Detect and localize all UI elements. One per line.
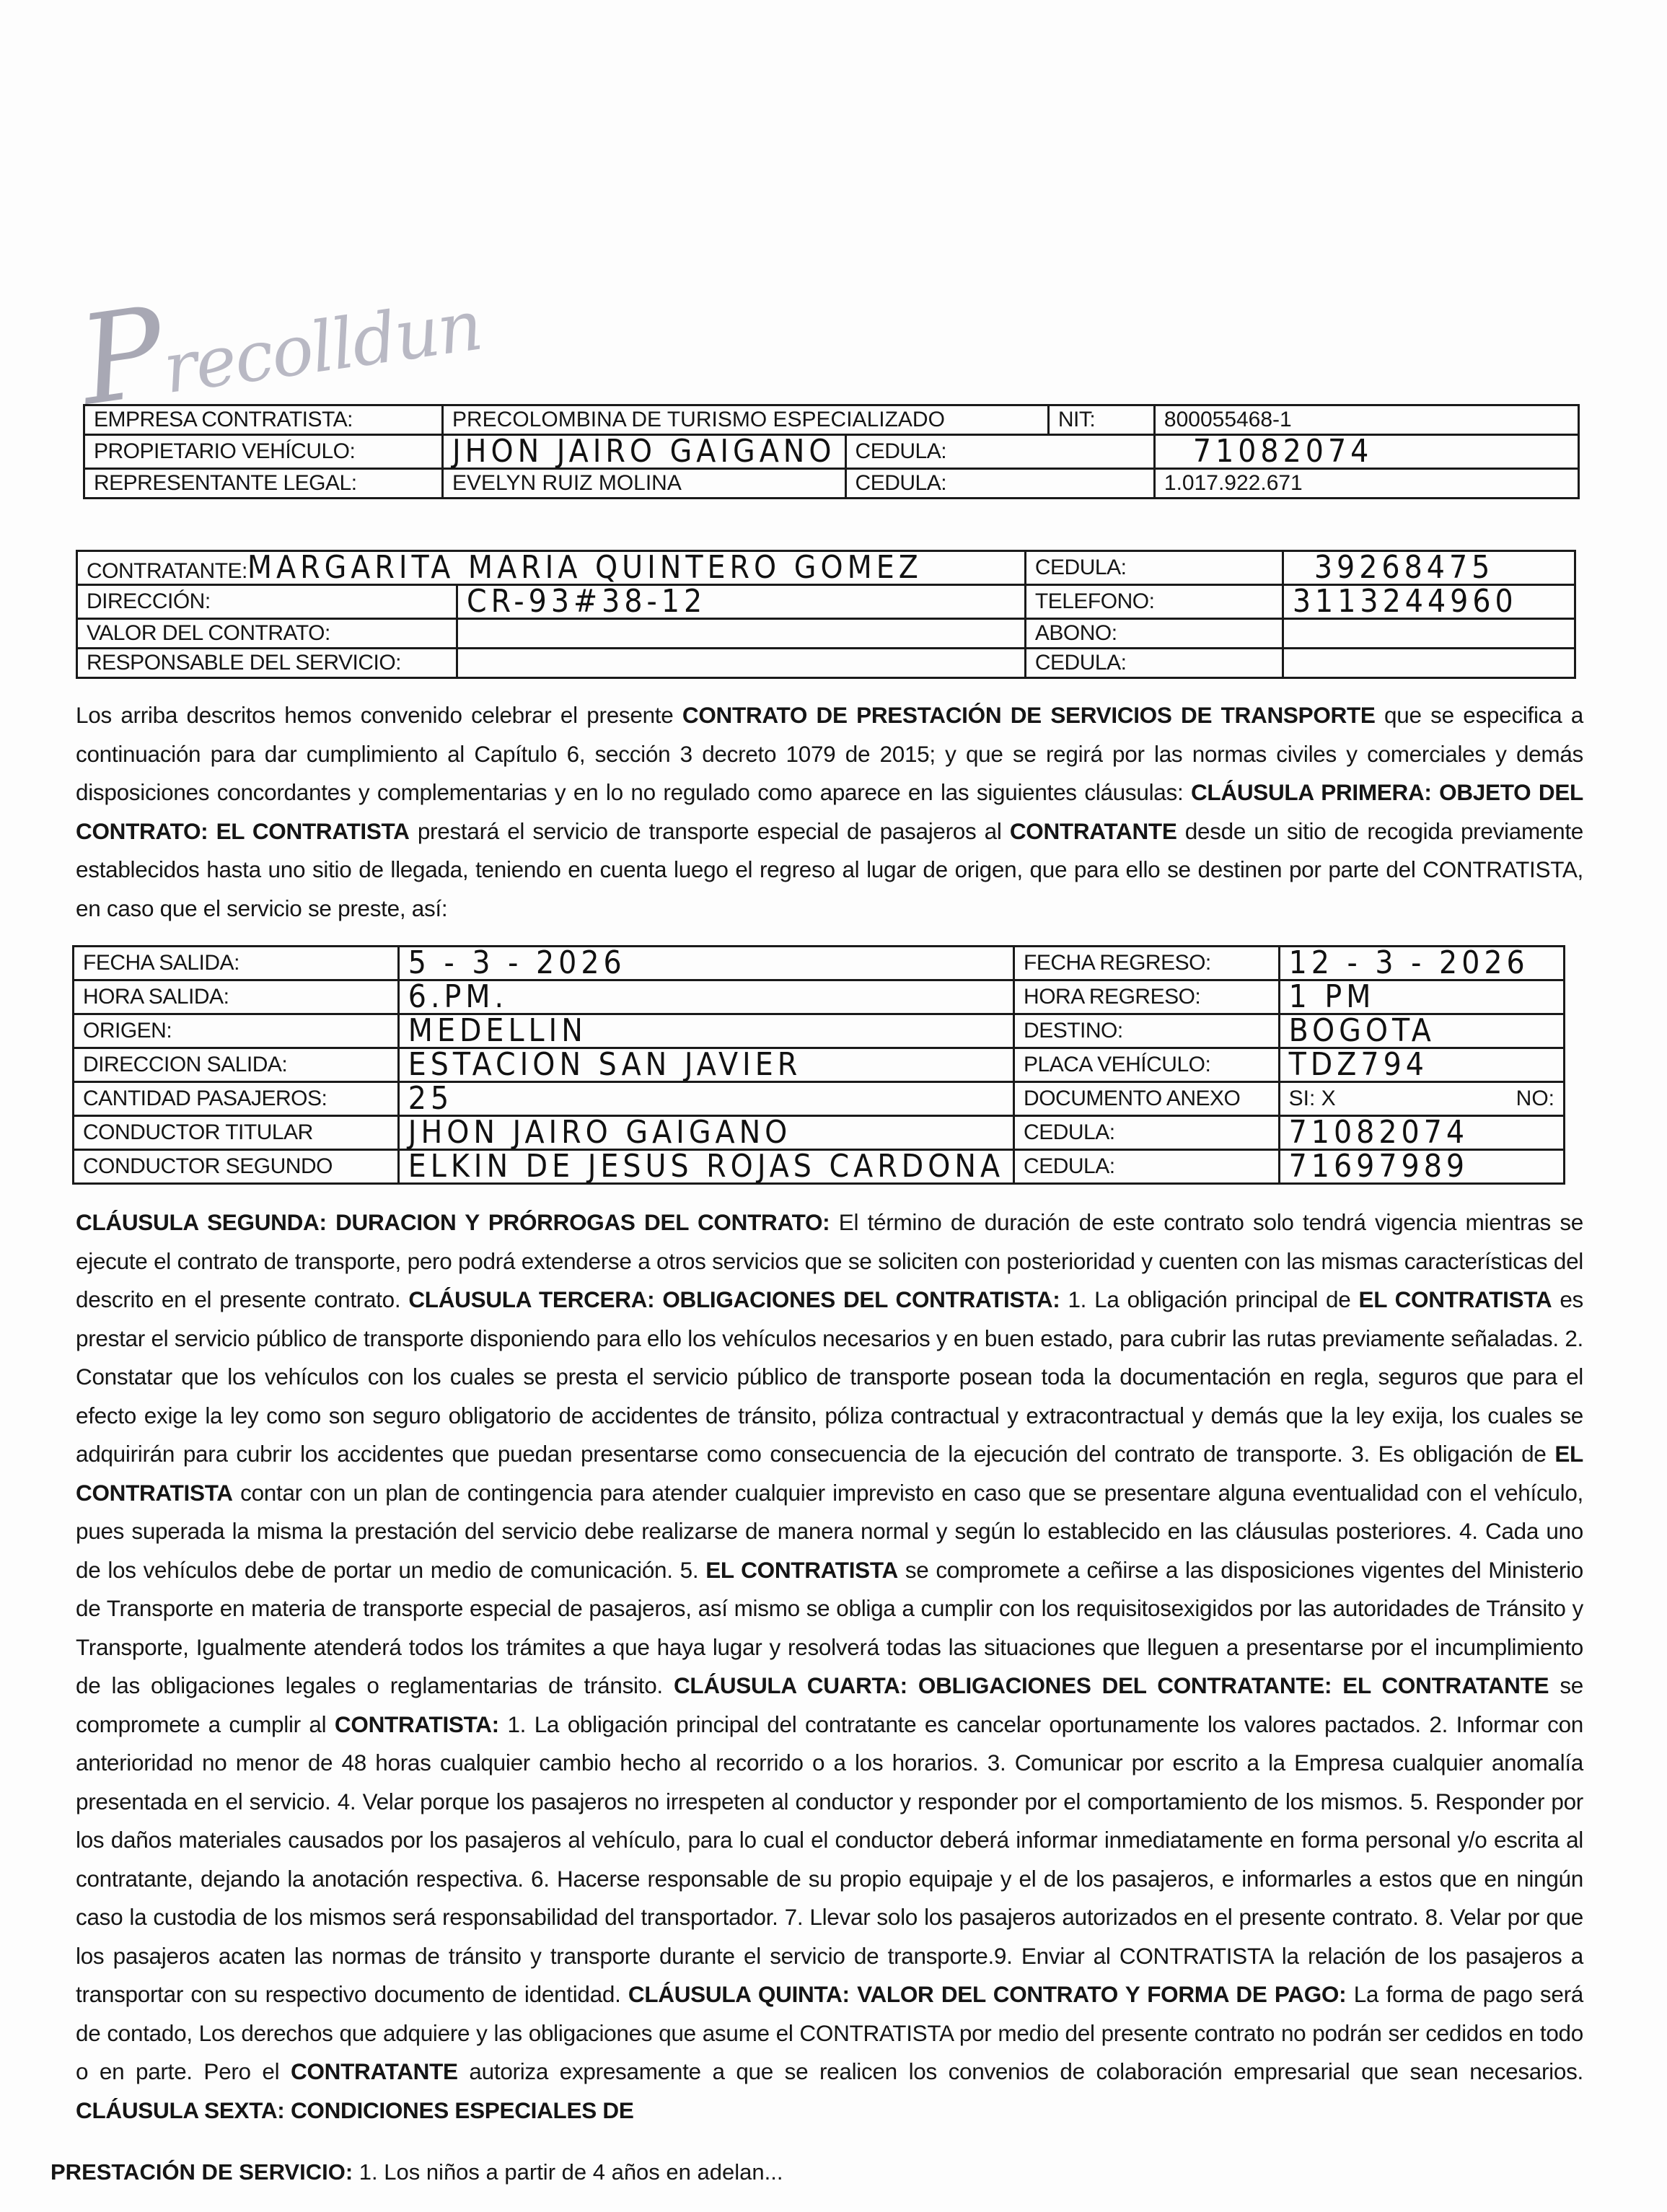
- propietario-cedula-value: 71082074: [1164, 433, 1373, 470]
- trip-label: PLACA VEHÍCULO:: [1024, 1053, 1210, 1076]
- trip-label: DOCUMENTO ANEXO: [1024, 1087, 1240, 1110]
- trip-value: 6.PM.: [408, 978, 508, 1015]
- trip-row: CONDUCTOR TITULARJHON JAIRO GAIGANOCEDUL…: [74, 1116, 1565, 1150]
- trip-label: CEDULA:: [1024, 1154, 1115, 1178]
- empresa-label: EMPRESA CONTRATISTA:: [84, 405, 443, 435]
- responsable-cedula-value: [1283, 649, 1575, 678]
- cutoff-line: PRESTACIÓN DE SERVICIO: 1. Los niños a p…: [50, 2159, 783, 2185]
- trip-label: CEDULA:: [1024, 1120, 1115, 1144]
- company-info-table: EMPRESA CONTRATISTA: PRECOLOMBINA DE TUR…: [83, 404, 1580, 499]
- trip-row: CONDUCTOR SEGUNDOELKIN DE JESUS ROJAS CA…: [74, 1150, 1565, 1184]
- trip-label: DIRECCION SALIDA:: [83, 1053, 287, 1076]
- valor-value: [457, 619, 1026, 649]
- abono-label: ABONO:: [1025, 619, 1283, 649]
- trip-value: BOGOTA: [1289, 1012, 1435, 1049]
- direccion-label: DIRECCIÓN:: [77, 585, 457, 619]
- trip-value: 1 PM: [1289, 978, 1376, 1015]
- client-info-table: CONTRATANTE:MARGARITA MARIA QUINTERO GOM…: [76, 550, 1576, 679]
- contratante-value: MARGARITA MARIA QUINTERO GOMEZ: [247, 549, 923, 586]
- trip-label: ORIGEN:: [83, 1019, 172, 1043]
- representante-cedula-label: CEDULA:: [845, 469, 1154, 499]
- abono-value: [1283, 619, 1575, 649]
- telefono-value: 3113244960: [1293, 583, 1518, 620]
- trip-value: ESTACION SAN JAVIER: [408, 1046, 801, 1083]
- empresa-value: PRECOLOMBINA DE TURISMO ESPECIALIZADO: [443, 405, 1049, 435]
- representante-value: EVELYN RUIZ MOLINA: [443, 469, 846, 499]
- contratante-cedula-label: CEDULA:: [1025, 551, 1283, 585]
- trip-value: 71082074: [1289, 1114, 1469, 1151]
- telefono-label: TELEFONO:: [1025, 585, 1283, 619]
- clauses-paragraph: CLÁUSULA SEGUNDA: DURACION Y PRÓRROGAS D…: [76, 1203, 1583, 2130]
- propietario-label: PROPIETARIO VEHÍCULO:: [84, 435, 443, 469]
- trip-value: TDZ794: [1289, 1046, 1428, 1083]
- trip-label: HORA SALIDA:: [83, 985, 229, 1009]
- intro-paragraph: Los arriba descritos hemos convenido cel…: [76, 696, 1583, 928]
- trip-value: JHON JAIRO GAIGANO: [408, 1114, 792, 1151]
- trip-value: 25: [408, 1080, 453, 1117]
- trip-value: 12 - 3 - 2026: [1289, 944, 1529, 981]
- representante-cedula-value: 1.017.922.671: [1154, 469, 1578, 499]
- trip-label: CANTIDAD PASAJEROS:: [83, 1087, 327, 1110]
- trip-value: SI: X: [1289, 1087, 1336, 1110]
- trip-label: HORA REGRESO:: [1024, 985, 1200, 1009]
- contratante-label: CONTRATANTE:: [87, 559, 247, 583]
- trip-value: 71697989: [1289, 1148, 1469, 1185]
- nit-label: NIT:: [1048, 405, 1154, 435]
- trip-label: FECHA REGRESO:: [1024, 951, 1211, 975]
- trip-value: ELKIN DE JESUS ROJAS CARDONA: [408, 1148, 1004, 1185]
- responsable-label: RESPONSABLE DEL SERVICIO:: [77, 649, 457, 678]
- trip-label: CONDUCTOR SEGUNDO: [83, 1154, 333, 1178]
- trip-label: FECHA SALIDA:: [83, 951, 239, 975]
- trip-row: FECHA SALIDA:5 - 3 - 2026FECHA REGRESO:1…: [74, 947, 1565, 980]
- propietario-cedula-label: CEDULA:: [845, 435, 1154, 469]
- trip-row: CANTIDAD PASAJEROS:25DOCUMENTO ANEXOSI: …: [74, 1082, 1565, 1116]
- propietario-value: JHON JAIRO GAIGANO: [452, 433, 836, 470]
- trip-info-table: FECHA SALIDA:5 - 3 - 2026FECHA REGRESO:1…: [72, 945, 1565, 1185]
- trip-row: DIRECCION SALIDA:ESTACION SAN JAVIERPLAC…: [74, 1048, 1565, 1082]
- documento-anexo-no: NO:: [1516, 1087, 1554, 1110]
- responsable-cedula-label: CEDULA:: [1025, 649, 1283, 678]
- nit-value: 800055468-1: [1154, 405, 1578, 435]
- trip-value: 5 - 3 - 2026: [408, 944, 626, 981]
- trip-row: ORIGEN:MEDELLINDESTINO:BOGOTA: [74, 1014, 1565, 1048]
- trip-value: MEDELLIN: [408, 1012, 587, 1049]
- trip-label: CONDUCTOR TITULAR: [83, 1120, 313, 1144]
- responsable-value: [457, 649, 1026, 678]
- representante-label: REPRESENTANTE LEGAL:: [84, 469, 443, 499]
- trip-label: DESTINO:: [1024, 1019, 1123, 1043]
- contratante-cedula-value: 39268475: [1293, 549, 1494, 586]
- valor-label: VALOR DEL CONTRATO:: [77, 619, 457, 649]
- direccion-value: CR-93#38-12: [467, 583, 706, 620]
- trip-row: HORA SALIDA:6.PM.HORA REGRESO:1 PM: [74, 980, 1565, 1014]
